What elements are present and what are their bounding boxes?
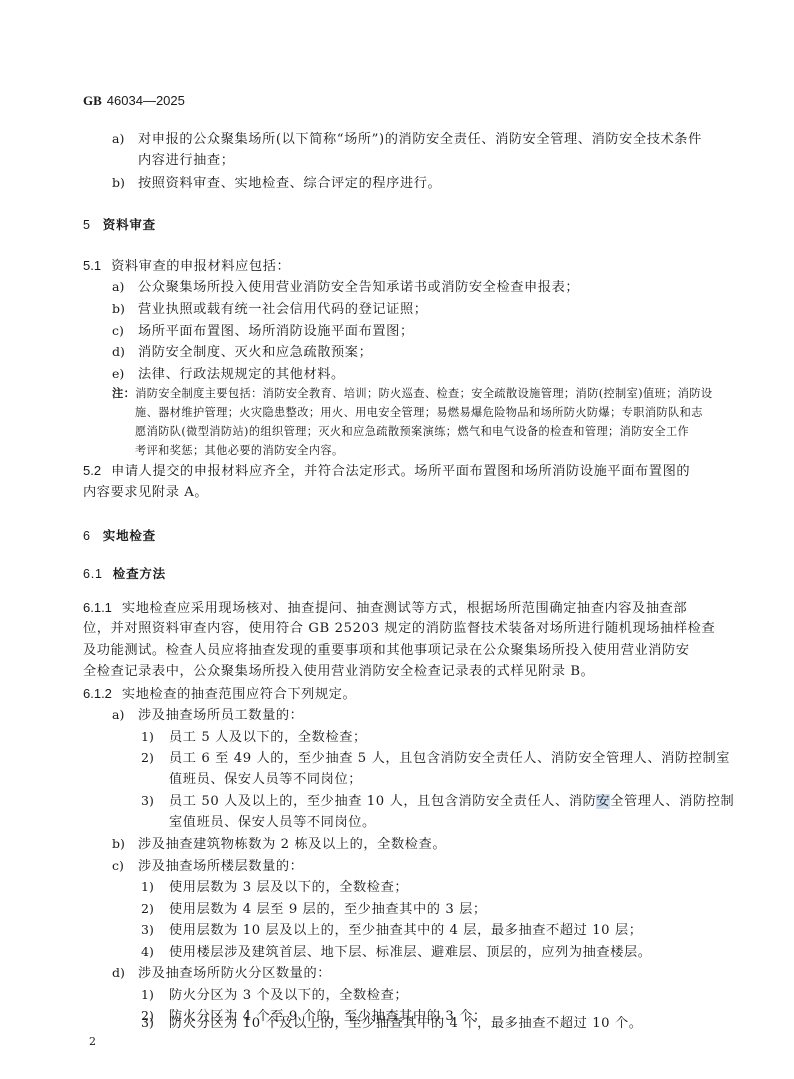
clause-text: 资料审查的申报材料应包括：: [111, 259, 290, 274]
clause-number: 5.2: [83, 463, 101, 478]
item-text: 使用层数为 10 层及以上的，至少抽查其中的 4 层，最多抽查不超过 10 层；: [169, 923, 643, 938]
list-item-c: c)涉及抽查场所楼层数量的：: [112, 856, 303, 876]
clause-number: 6.1.1: [83, 600, 112, 615]
note-text: 消防安全制度主要包括：消防安全教育、培训；防火巡查、检查；安全疏散设施管理；消防…: [135, 387, 712, 400]
item-label: 4): [141, 942, 169, 961]
item-label: 3): [141, 1013, 169, 1032]
list-item: b)营业执照或载有统一社会信用代码的登记证照；: [112, 299, 428, 319]
item-text: 涉及抽查场所防火分区数量的：: [138, 966, 331, 981]
section-5-heading: 5资料审查: [83, 215, 156, 233]
item-text: 按照资料审查、实地检查、综合评定的程序进行。: [138, 176, 441, 191]
list-item-a: a)涉及抽查场所员工数量的：: [112, 705, 303, 725]
clause-6-1-1-line-4: 全检查记录表中，公众聚集场所投入使用营业消防安全检查记录表的式样见附录 B。: [83, 662, 594, 681]
note-line-3: 愿消防队(微型消防站)的组织管理；灭火和应急疏散预案演练；燃气和电气设备的检查和…: [135, 422, 689, 442]
item-text: 涉及抽查场所员工数量的：: [138, 708, 303, 723]
list-item-b: b)涉及抽查建筑物栋数为 2 栋及以上的，全数检查。: [112, 834, 446, 854]
item-text: 对申报的公众聚集场所(以下简称“场所”)的消防安全责任、消防安全管理、消防安全技…: [138, 132, 702, 147]
item-label: 3): [141, 920, 169, 939]
intro-item-b: b)按照资料审查、实地检查、综合评定的程序进行。: [112, 173, 441, 193]
item-label: a): [112, 129, 138, 148]
item-label: b): [112, 173, 138, 192]
note-line-2: 施、器材维护管理；火灾隐患整改；用火、用电安全管理；易燃易爆危险物品和场所防火防…: [135, 403, 703, 423]
item-label: c): [112, 321, 138, 340]
clause-text: 申请人提交的申报材料应齐全，并符合法定形式。场所平面布置图和场所消防设施平面布置…: [111, 464, 690, 479]
sub-item: 3)员工 50 人及以上的，至少抽查 10 人，且包含消防安全责任人、消防安全管…: [141, 791, 734, 811]
sub-item: 1)员工 5 人及以下的，全数检查；: [141, 727, 367, 747]
item-text: 员工 5 人及以下的，全数检查；: [169, 730, 367, 745]
item-label: a): [112, 277, 138, 296]
item-text: 全管理人、消防控制: [610, 794, 734, 809]
note-line-4: 考评和奖惩；其他必要的消防安全内容。: [135, 441, 344, 461]
item-label: e): [112, 364, 138, 383]
list-item-d: d)涉及抽查场所防火分区数量的：: [112, 963, 331, 983]
list-item: a)公众聚集场所投入使用营业消防安全告知承诺书或消防安全检查申报表；: [112, 277, 579, 297]
item-label: 3): [141, 791, 169, 810]
list-item: c)场所平面布置图、场所消防设施平面布置图；: [112, 321, 414, 341]
sub-item-cont: 值班员、保安人员等不同岗位；: [169, 770, 362, 789]
sub-item: 1)使用层数为 3 层及以下的，全数检查；: [141, 877, 408, 897]
item-label: 2): [141, 899, 169, 918]
sub-item: 3)使用层数为 10 层及以上的，至少抽查其中的 4 层，最多抽查不超过 10 …: [141, 920, 643, 940]
item-text: 使用层数为 3 层及以下的，全数检查；: [169, 880, 408, 895]
standard-prefix: GB: [83, 93, 102, 108]
clause-number: 6.1: [83, 567, 103, 581]
item-text: 防火分区为 3 个及以下的，全数检查；: [169, 988, 408, 1003]
item-text: 法律、行政法规规定的其他材料。: [138, 367, 345, 382]
section-number: 5: [83, 218, 91, 232]
section-6-heading: 6实地检查: [83, 526, 156, 544]
item-label: a): [112, 705, 138, 724]
item-text: 使用楼层涉及建筑首层、地下层、标准层、避难层、顶层的，应列为抽查楼层。: [169, 945, 652, 960]
item-text: 员工 50 人及以上的，至少抽查 10 人，且包含消防安全责任人、消防: [169, 794, 596, 809]
item-text: 涉及抽查建筑物栋数为 2 栋及以上的，全数检查。: [138, 837, 446, 852]
item-label: d): [112, 342, 138, 361]
sub-item: 3)防火分区为 10 个及以上的，至少抽查其中的 4 个，最多抽查不超过 10 …: [141, 1013, 643, 1033]
sub-item: 1)防火分区为 3 个及以下的，全数检查；: [141, 985, 408, 1005]
list-item: e)法律、行政法规规定的其他材料。: [112, 364, 345, 384]
note-label: 注：: [112, 387, 135, 400]
item-text: 防火分区为 10 个及以上的，至少抽查其中的 4 个，最多抽查不超过 10 个。: [169, 1016, 643, 1031]
clause-6-1-1-line-2: 位，并对照资料审查内容，使用符合 GB 25203 规定的消防监督技术装备对场所…: [83, 619, 715, 638]
item-text: 消防安全制度、灭火和应急疏散预案；: [138, 345, 372, 360]
standard-code: GB46034—2025: [83, 93, 185, 109]
clause-number: 5.1: [83, 258, 101, 273]
clause-number: 6.1.2: [83, 686, 112, 701]
page-number: 2: [89, 1035, 96, 1048]
item-text: 场所平面布置图、场所消防设施平面布置图；: [138, 324, 414, 339]
item-text: 营业执照或载有统一社会信用代码的登记证照；: [138, 302, 428, 317]
note-line-1: 注：消防安全制度主要包括：消防安全教育、培训；防火巡查、检查；安全疏散设施管理；…: [112, 384, 713, 404]
item-label: 1): [141, 985, 169, 1004]
clause-5-2: 5.2申请人提交的申报材料应齐全，并符合法定形式。场所平面布置图和场所消防设施平…: [83, 461, 690, 481]
section-title: 资料审查: [103, 217, 156, 232]
clause-6-1-2: 6.1.2实地检查的抽查范围应符合下列规定。: [83, 684, 356, 704]
sub-item: 4)使用楼层涉及建筑首层、地下层、标准层、避难层、顶层的，应列为抽查楼层。: [141, 942, 652, 962]
list-item: d)消防安全制度、灭火和应急疏散预案；: [112, 342, 372, 362]
clause-text: 实地检查应采用现场核对、抽查提问、抽查测试等方式，根据场所范围确定抽查内容及抽查…: [122, 601, 687, 616]
item-label: 1): [141, 877, 169, 896]
sub-item: 2)员工 6 至 49 人的，至少抽查 5 人，且包含消防安全责任人、消防安全管…: [141, 748, 730, 768]
item-text: 使用层数为 4 层至 9 层的，至少抽查其中的 3 层；: [169, 902, 487, 917]
item-label: b): [112, 299, 138, 318]
clause-text: 实地检查的抽查范围应符合下列规定。: [122, 687, 356, 702]
standard-number: 46034—2025: [107, 93, 185, 108]
section-title: 实地检查: [103, 528, 156, 543]
clause-5-1: 5.1资料审查的申报材料应包括：: [83, 256, 290, 276]
sub-item-cont: 室值班员、保安人员等不同岗位。: [169, 813, 376, 832]
document-page: GB46034—2025 a)对申报的公众聚集场所(以下简称“场所”)的消防安全…: [0, 0, 794, 1079]
item-text: 员工 6 至 49 人的，至少抽查 5 人，且包含消防安全责任人、消防安全管理人…: [169, 751, 730, 766]
intro-item-a: a)对申报的公众聚集场所(以下简称“场所”)的消防安全责任、消防安全管理、消防安…: [112, 129, 702, 149]
item-label: c): [112, 856, 138, 875]
clause-6-1-heading: 6.1检查方法: [83, 564, 166, 582]
clause-title: 检查方法: [113, 566, 166, 581]
clause-6-1-1-line-3: 及功能测试。检查人员应将抽查发现的重要事项和其他事项记录在公众聚集场所投入使用营…: [83, 641, 690, 660]
intro-item-a-cont: 内容进行抽查；: [138, 151, 235, 170]
item-text: 涉及抽查场所楼层数量的：: [138, 859, 303, 874]
section-number: 6: [83, 529, 91, 543]
item-label: 1): [141, 727, 169, 746]
item-label: d): [112, 963, 138, 982]
sub-item: 2)使用层数为 4 层至 9 层的，至少抽查其中的 3 层；: [141, 899, 487, 919]
clause-6-1-1: 6.1.1实地检查应采用现场核对、抽查提问、抽查测试等方式，根据场所范围确定抽查…: [83, 598, 687, 618]
item-label: b): [112, 834, 138, 853]
item-label: 2): [141, 748, 169, 767]
clause-5-2-cont: 内容要求见附录 A。: [83, 483, 208, 502]
item-text: 公众聚集场所投入使用营业消防安全告知承诺书或消防安全检查申报表；: [138, 280, 579, 295]
text-selection-highlight[interactable]: 安: [596, 794, 610, 809]
